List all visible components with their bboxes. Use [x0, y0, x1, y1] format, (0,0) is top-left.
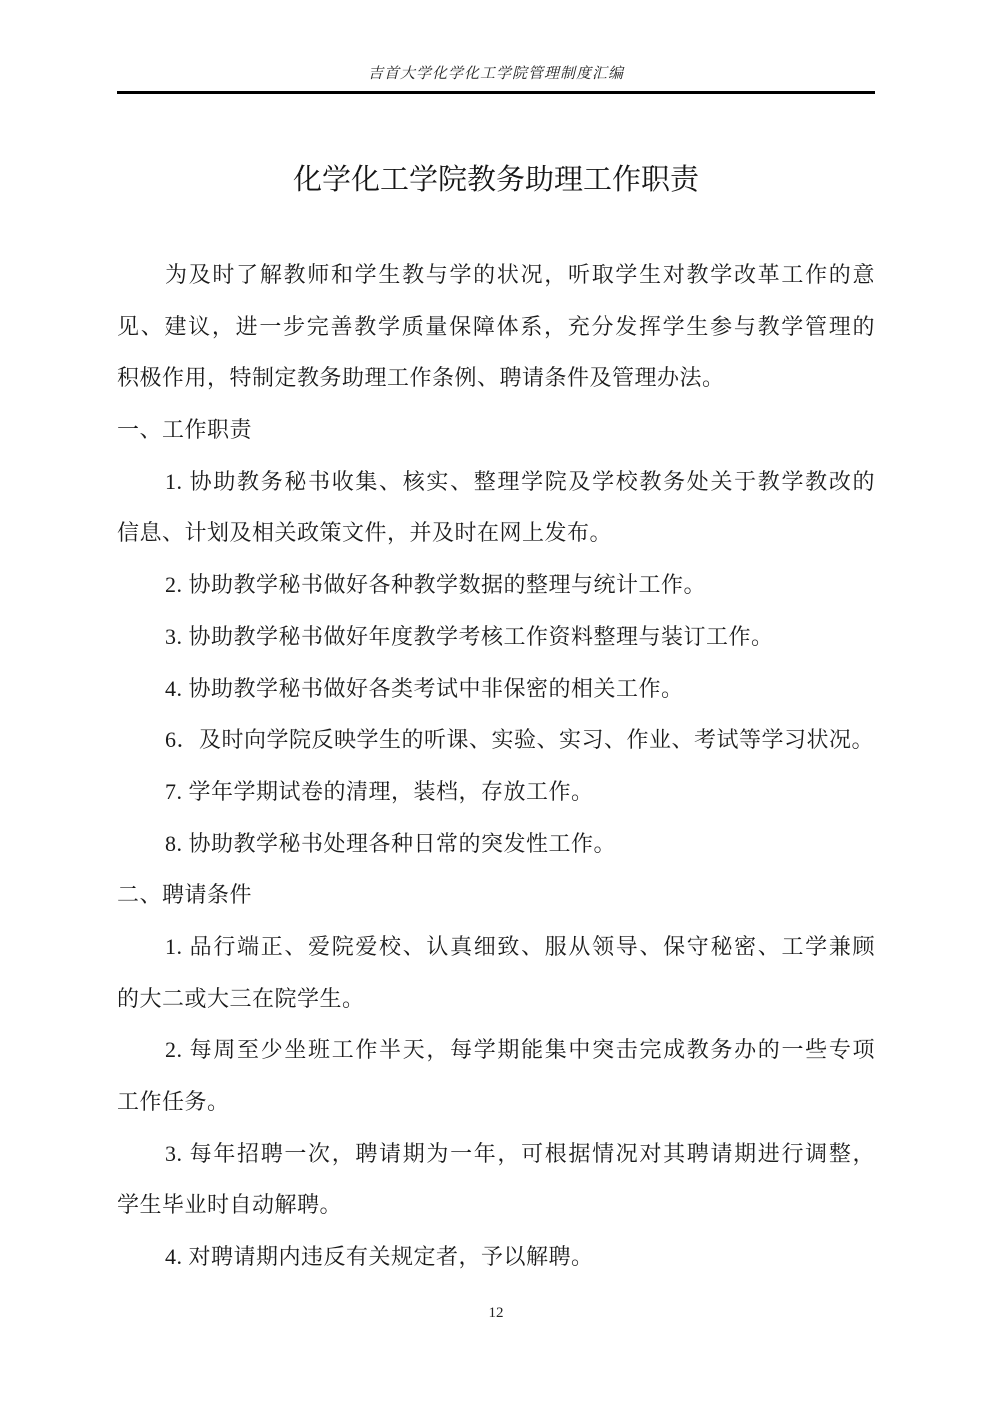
section-heading: 一、工作职责 [117, 404, 875, 456]
document-page: 吉首大学化学化工学院管理制度汇编 化学化工学院教务助理工作职责 为及时了解教师和… [0, 0, 992, 1403]
list-item-line: 4. 协助教学秘书做好各类考试中非保密的相关工作。 [117, 663, 875, 715]
list-item-line: 4. 对聘请期内违反有关规定者，予以解聘。 [117, 1231, 875, 1283]
paragraph-line: 为及时了解教师和学生教与学的状况，听取学生对教学改革工作的意 [117, 249, 875, 301]
document-title: 化学化工学院教务助理工作职责 [117, 160, 875, 200]
list-item-line: 信息、计划及相关政策文件，并及时在网上发布。 [117, 507, 875, 559]
list-item-line: 2. 每周至少坐班工作半天，每学期能集中突击完成教务办的一些专项 [117, 1024, 875, 1076]
list-item-line: 学生毕业时自动解聘。 [117, 1179, 875, 1231]
paragraph-line: 见、建议，进一步完善教学质量保障体系，充分发挥学生参与教学管理的 [117, 301, 875, 353]
list-item-line: 的大二或大三在院学生。 [117, 973, 875, 1025]
list-item-line: 3. 协助教学秘书做好年度教学考核工作资料整理与装订工作。 [117, 611, 875, 663]
page-number: 12 [0, 1304, 992, 1322]
list-item-line: 8. 协助教学秘书处理各种日常的突发性工作。 [117, 818, 875, 870]
page-header: 吉首大学化学化工学院管理制度汇编 [117, 0, 875, 94]
document-body: 为及时了解教师和学生教与学的状况，听取学生对教学改革工作的意 见、建议，进一步完… [117, 249, 875, 1283]
list-item-line: 6．及时向学院反映学生的听课、实验、实习、作业、考试等学习状况。 [117, 714, 875, 766]
paragraph-line: 积极作用，特制定教务助理工作条例、聘请条件及管理办法。 [117, 352, 875, 404]
list-item-line: 1. 协助教务秘书收集、核实、整理学院及学校教务处关于教学教改的 [117, 456, 875, 508]
header-text: 吉首大学化学化工学院管理制度汇编 [117, 64, 875, 84]
section-heading: 二、聘请条件 [117, 869, 875, 921]
list-item-line: 工作任务。 [117, 1076, 875, 1128]
list-item-line: 7. 学年学期试卷的清理，装档，存放工作。 [117, 766, 875, 818]
list-item-line: 1. 品行端正、爱院爱校、认真细致、服从领导、保守秘密、工学兼顾 [117, 921, 875, 973]
list-item-line: 2. 协助教学秘书做好各种教学数据的整理与统计工作。 [117, 559, 875, 611]
list-item-line: 3. 每年招聘一次，聘请期为一年，可根据情况对其聘请期进行调整， [117, 1128, 875, 1180]
